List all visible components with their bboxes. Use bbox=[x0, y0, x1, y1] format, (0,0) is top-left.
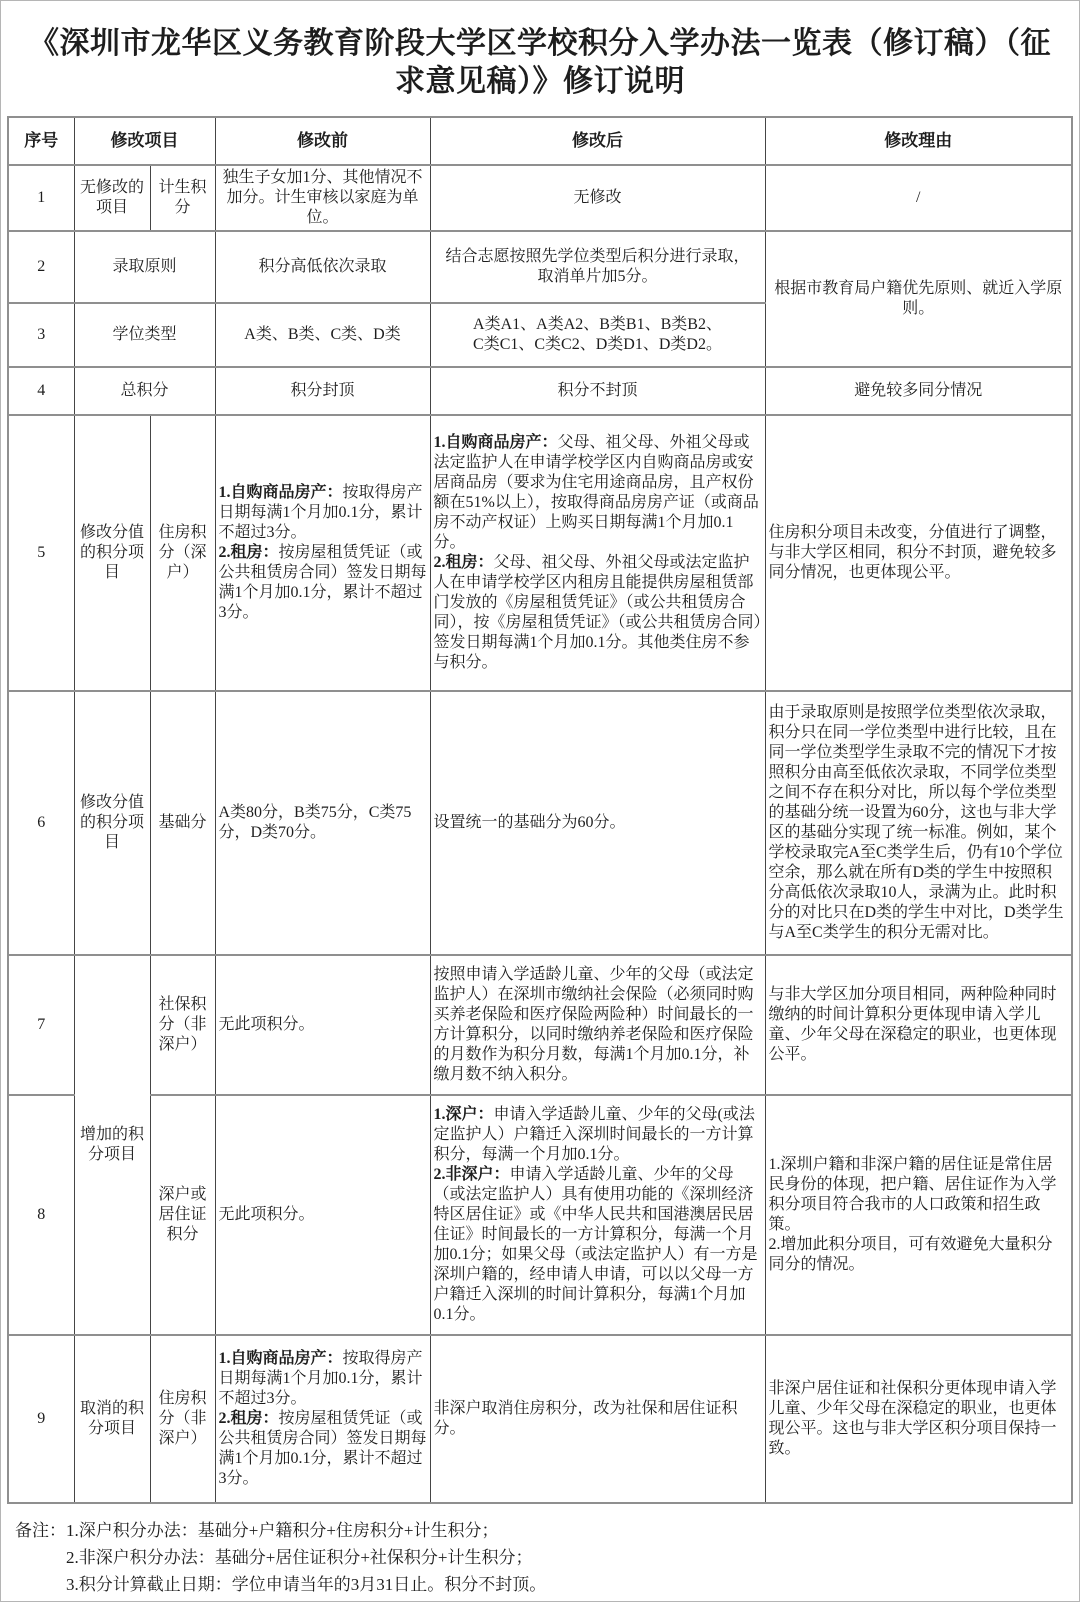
row3-item: 学位类型 bbox=[74, 303, 215, 367]
row7-8-item-group: 增加的积分项目 bbox=[74, 955, 150, 1335]
row4-seq: 4 bbox=[8, 367, 74, 415]
header-row: 序号 修改项目 修改前 修改后 修改理由 bbox=[8, 117, 1072, 165]
row7-seq: 7 bbox=[8, 955, 74, 1095]
col-header-reason: 修改理由 bbox=[765, 117, 1072, 165]
row5-seq: 5 bbox=[8, 415, 74, 691]
row5-before: 1.自购商品房产：按取得房产日期每满1个月加0.1分，累计不超过3分。 2.租房… bbox=[215, 415, 430, 691]
row6-reason: 由于录取原则是按照学位类型依次录取，积分只在同一学位类型中进行比较，且在同一学位… bbox=[765, 691, 1072, 955]
row1-seq: 1 bbox=[8, 165, 74, 231]
row1-item-group: 无修改的项目 bbox=[74, 165, 150, 231]
row8-item: 深户或居住证积分 bbox=[150, 1095, 215, 1335]
row5-reason: 住房积分项目未改变，分值进行了调整，与非大学区相同，积分不封顶，避免较多同分情况… bbox=[765, 415, 1072, 691]
table-row-4: 4 总积分 积分封顶 积分不封顶 避免较多同分情况 bbox=[8, 367, 1072, 415]
table-row-2: 2 录取原则 积分高低依次录取 结合志愿按照先学位类型后积分进行录取， 取消单片… bbox=[8, 231, 1072, 303]
row7-reason: 与非大学区加分项目相同，两种险种同时缴纳的时间计算积分更体现申请入学儿童、少年父… bbox=[765, 955, 1072, 1095]
row8-before: 无此项积分。 bbox=[215, 1095, 430, 1335]
col-header-before: 修改前 bbox=[215, 117, 430, 165]
row6-after: 设置统一的基础分为60分。 bbox=[430, 691, 765, 955]
revision-table: 序号 修改项目 修改前 修改后 修改理由 1 无修改的项目 计生积分 独生子女加… bbox=[7, 116, 1073, 1504]
row8-seq: 8 bbox=[8, 1095, 74, 1335]
row1-before: 独生子女加1分、其他情况不加分。计生审核以家庭为单位。 bbox=[215, 165, 430, 231]
row4-before: 积分封顶 bbox=[215, 367, 430, 415]
row2-before: 积分高低依次录取 bbox=[215, 231, 430, 303]
row9-item-group: 取消的积分项目 bbox=[74, 1335, 150, 1503]
row2-3-reason: 根据市教育局户籍优先原则、就近入学原则。 bbox=[765, 231, 1072, 367]
row9-before: 1.自购商品房产：按取得房产日期每满1个月加0.1分，累计不超过3分。 2.租房… bbox=[215, 1335, 430, 1503]
row7-before: 无此项积分。 bbox=[215, 955, 430, 1095]
table-row-9: 9 取消的积分项目 住房积分（非深户） 1.自购商品房产：按取得房产日期每满1个… bbox=[8, 1335, 1072, 1503]
page-title: 《深圳市龙华区义务教育阶段大学区学校积分入学办法一览表（修订稿）（征求意见稿）》… bbox=[23, 25, 1057, 101]
row5-item-group: 修改分值的积分项目 bbox=[74, 415, 150, 691]
row8-reason: 1.深圳户籍和非深户籍的居住证是常住居民身份的体现，把户籍、居住证作为入学积分项… bbox=[765, 1095, 1072, 1335]
col-header-seq: 序号 bbox=[8, 117, 74, 165]
row3-seq: 3 bbox=[8, 303, 74, 367]
table-row-1: 1 无修改的项目 计生积分 独生子女加1分、其他情况不加分。计生审核以家庭为单位… bbox=[8, 165, 1072, 231]
row3-before: A类、B类、C类、D类 bbox=[215, 303, 430, 367]
row2-after: 结合志愿按照先学位类型后积分进行录取， 取消单片加5分。 bbox=[430, 231, 765, 303]
col-header-item: 修改项目 bbox=[74, 117, 215, 165]
table-row-5: 5 修改分值的积分项目 住房积分（深户） 1.自购商品房产：按取得房产日期每满1… bbox=[8, 415, 1072, 691]
row6-before: A类80分，B类75分，C类75分，D类70分。 bbox=[215, 691, 430, 955]
row5-item: 住房积分（深户） bbox=[150, 415, 215, 691]
row5-after: 1.自购商品房产：父母、祖父母、外祖父母或法定监护人在申请学校学区内自购商品房或… bbox=[430, 415, 765, 691]
row1-after: 无修改 bbox=[430, 165, 765, 231]
row6-seq: 6 bbox=[8, 691, 74, 955]
row7-after: 按照申请入学适龄儿童、少年的父母（或法定监护人）在深圳市缴纳社会保险（必须同时购… bbox=[430, 955, 765, 1095]
row9-seq: 9 bbox=[8, 1335, 74, 1503]
row4-reason: 避免较多同分情况 bbox=[765, 367, 1072, 415]
footnotes-items: 1.深户积分办法：基础分+户籍积分+住房积分+计生积分； 2.非深户积分办法：基… bbox=[66, 1517, 1079, 1598]
row1-reason: / bbox=[765, 165, 1072, 231]
row1-item: 计生积分 bbox=[150, 165, 215, 231]
row6-item-group: 修改分值的积分项目 bbox=[74, 691, 150, 955]
row9-item: 住房积分（非深户） bbox=[150, 1335, 215, 1503]
table-row-8: 8 深户或居住证积分 无此项积分。 1.深户：申请入学适龄儿童、少年的父母(或法… bbox=[8, 1095, 1072, 1335]
row2-seq: 2 bbox=[8, 231, 74, 303]
row2-item: 录取原则 bbox=[74, 231, 215, 303]
row4-item: 总积分 bbox=[74, 367, 215, 415]
table-row-7: 7 增加的积分项目 社保积分（非深户） 无此项积分。 按照申请入学适龄儿童、少年… bbox=[8, 955, 1072, 1095]
row8-after: 1.深户：申请入学适龄儿童、少年的父母(或法定监护人）户籍迁入深圳时间最长的一方… bbox=[430, 1095, 765, 1335]
footnote-item-2: 2.非深户积分办法：基础分+居住证积分+社保积分+计生积分； bbox=[66, 1544, 1079, 1571]
footnote-item-1: 1.深户积分办法：基础分+户籍积分+住房积分+计生积分； bbox=[66, 1517, 1079, 1544]
table-row-6: 6 修改分值的积分项目 基础分 A类80分，B类75分，C类75分，D类70分。… bbox=[8, 691, 1072, 955]
footnotes-label: 备注： bbox=[15, 1517, 66, 1544]
row7-item: 社保积分（非深户） bbox=[150, 955, 215, 1095]
row9-after: 非深户取消住房积分，改为社保和居住证积分。 bbox=[430, 1335, 765, 1503]
row6-item: 基础分 bbox=[150, 691, 215, 955]
row4-after: 积分不封顶 bbox=[430, 367, 765, 415]
document-page: 《深圳市龙华区义务教育阶段大学区学校积分入学办法一览表（修订稿）（征求意见稿）》… bbox=[0, 0, 1080, 1602]
row9-reason: 非深户居住证和社保积分更体现申请入学儿童、少年父母在深稳定的职业，也更体现公平。… bbox=[765, 1335, 1072, 1503]
row3-after: A类A1、A类A2、B类B1、B类B2、 C类C1、C类C2、D类D1、D类D2… bbox=[430, 303, 765, 367]
footnotes: 备注： 1.深户积分办法：基础分+户籍积分+住房积分+计生积分； 2.非深户积分… bbox=[15, 1517, 1079, 1598]
col-header-after: 修改后 bbox=[430, 117, 765, 165]
footnote-item-3: 3.积分计算截止日期：学位申请当年的3月31日止。积分不封顶。 bbox=[66, 1571, 1079, 1598]
